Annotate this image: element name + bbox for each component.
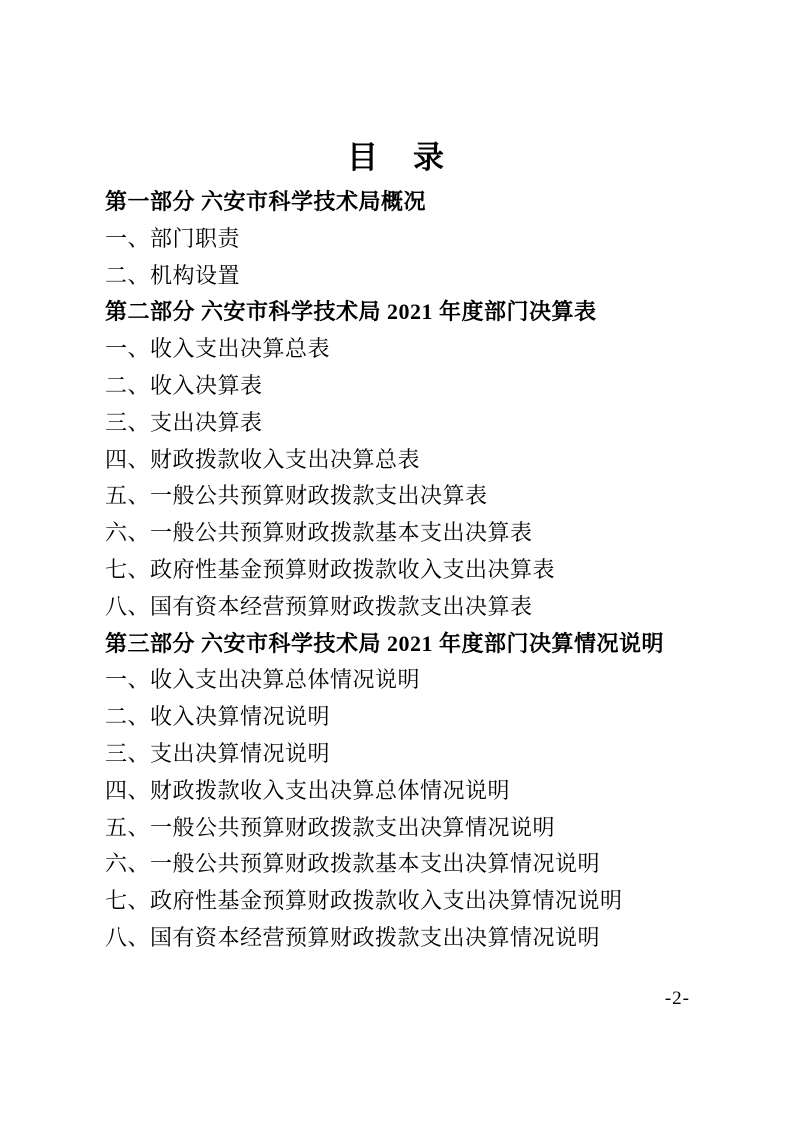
toc-item: 五、一般公共预算财政拨款支出决算情况说明: [105, 810, 693, 847]
page-number: -2-: [665, 988, 690, 1010]
toc-item: 四、财政拨款收入支出决算总表: [105, 442, 693, 479]
toc-item: 一、收入支出决算总体情况说明: [105, 662, 693, 699]
toc-item: 七、政府性基金预算财政拨款收入支出决算情况说明: [105, 883, 693, 920]
toc-section-3-heading: 第三部分 六安市科学技术局 2021 年度部门决算情况说明: [105, 626, 693, 663]
toc-item: 四、财政拨款收入支出决算总体情况说明: [105, 773, 693, 810]
toc-item: 一、部门职责: [105, 221, 693, 258]
toc-item: 二、机构设置: [105, 258, 693, 295]
toc-item: 一、收入支出决算总表: [105, 331, 693, 368]
toc-item: 二、收入决算情况说明: [105, 699, 693, 736]
toc-item: 三、支出决算情况说明: [105, 736, 693, 773]
toc-section-2-heading: 第二部分 六安市科学技术局 2021 年度部门决算表: [105, 294, 693, 331]
page-title: 目 录: [0, 138, 793, 178]
toc-item: 二、收入决算表: [105, 368, 693, 405]
toc-item: 七、政府性基金预算财政拨款收入支出决算表: [105, 552, 693, 589]
toc-item: 三、支出决算表: [105, 405, 693, 442]
toc-item: 六、一般公共预算财政拨款基本支出决算情况说明: [105, 846, 693, 883]
toc-item: 五、一般公共预算财政拨款支出决算表: [105, 478, 693, 515]
toc-item: 六、一般公共预算财政拨款基本支出决算表: [105, 515, 693, 552]
table-of-contents: 第一部分 六安市科学技术局概况 一、部门职责 二、机构设置 第二部分 六安市科学…: [105, 184, 693, 957]
document-page: 目 录 第一部分 六安市科学技术局概况 一、部门职责 二、机构设置 第二部分 六…: [0, 0, 793, 1122]
toc-section-1-heading: 第一部分 六安市科学技术局概况: [105, 184, 693, 221]
toc-item: 八、国有资本经营预算财政拨款支出决算情况说明: [105, 920, 693, 957]
toc-item: 八、国有资本经营预算财政拨款支出决算表: [105, 589, 693, 626]
